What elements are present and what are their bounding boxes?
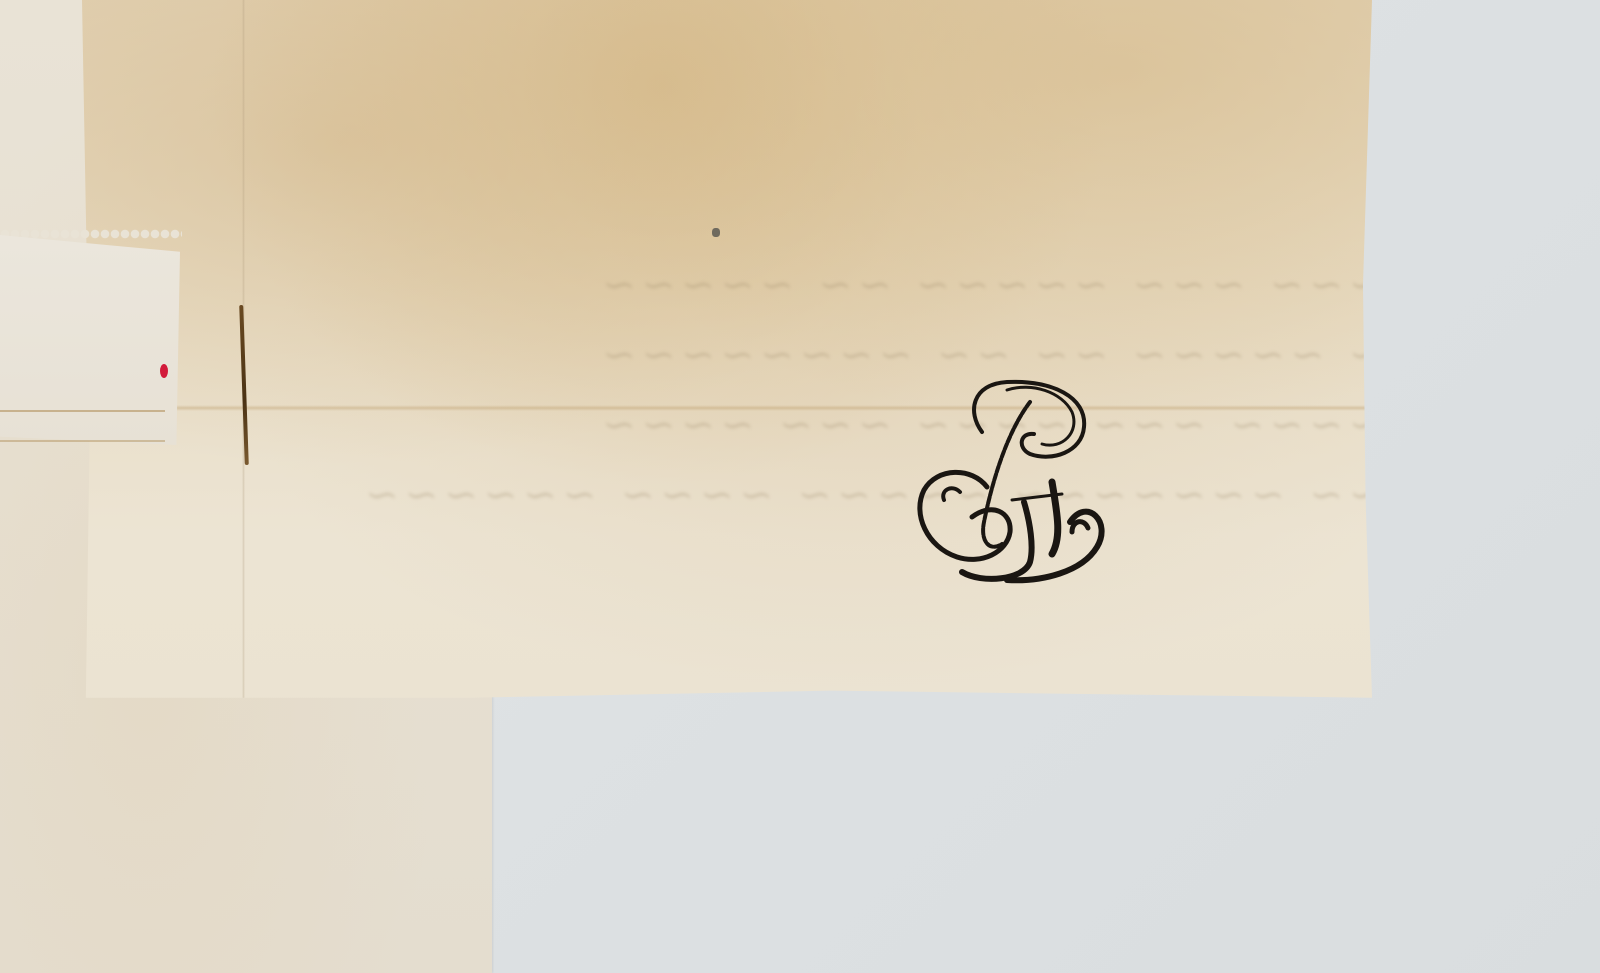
bleed-line: ~~~~~ ~~~ ~~~~ ~~~ ~~~~: [182, 390, 1422, 460]
tab-stain-lines: [0, 410, 165, 442]
bleed-line: ~~~ ~~~~~~~ ~~~~~ ~~~~ ~~~~~~: [182, 460, 1422, 530]
red-wax-seal-dot: [160, 364, 168, 378]
monogram-icon: [912, 372, 1112, 587]
monogram-stamp: [912, 372, 1112, 587]
bleed-through-text: ~~~~ ~~~ ~~~~~ ~~ ~~~~~ ~~ ~~~~~ ~~ ~~ ~…: [182, 250, 1422, 530]
bleed-line: ~~ ~~~~~ ~~ ~~ ~~~~~~~~: [182, 320, 1422, 390]
document-sheet: ~~~~ ~~~ ~~~~~ ~~ ~~~~~ ~~ ~~~~~ ~~ ~~ ~…: [82, 0, 1372, 712]
bleed-line: ~~~~ ~~~ ~~~~~ ~~ ~~~~~: [182, 250, 1422, 320]
ink-speck: [712, 228, 720, 237]
